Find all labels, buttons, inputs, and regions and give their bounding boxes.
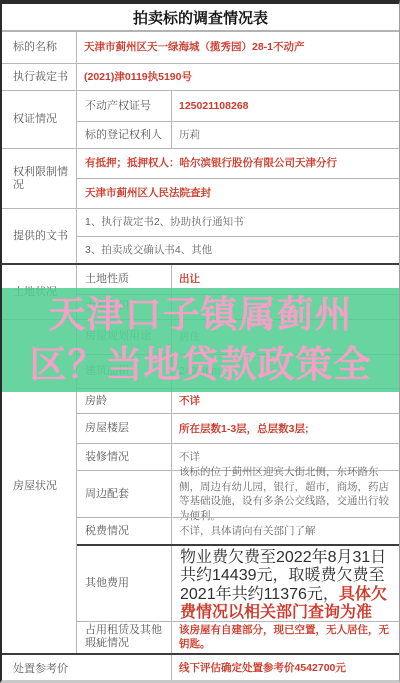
table-row: 土地面积 <box>77 294 399 319</box>
section-land: 土地状况 土地性质 出让 土地面积 <box>2 263 399 319</box>
field-value: (2021)津0119执5190号 <box>77 64 399 90</box>
field-value: 天津市蓟州区天一绿海城（揽秀园）28-1不动产 <box>77 32 399 63</box>
field-label: 处置参考价 <box>2 655 172 681</box>
table-row: 有抵押；抵押权人：哈尔滨银行股份有限公司天津分行 <box>77 149 399 178</box>
section-label: 土地状况 <box>2 265 77 319</box>
field-value: 有抵押；抵押权人：哈尔滨银行股份有限公司天津分行 <box>77 149 399 178</box>
table-title: 拍卖标的调查情况表 <box>2 4 399 32</box>
field-label: 占用租赁及其他瑕疵情况 <box>77 622 172 653</box>
section-label: 提供的文书 <box>2 209 77 263</box>
field-label: 税费情况 <box>77 518 172 544</box>
field-label: 不动产权证号 <box>77 91 172 121</box>
field-label: 房龄 <box>77 389 172 414</box>
field-label: 执行裁定书 <box>2 64 77 90</box>
field-value: 线下评估确定处置参考价4542700元 <box>172 655 399 681</box>
field-value <box>172 295 399 319</box>
field-value: 240.66㎡ <box>172 355 399 388</box>
field-value: 125021108268 <box>172 91 399 121</box>
table-row: 税费情况 不详，具体请向有关部门了解 <box>77 517 399 544</box>
field-label: 标的名称 <box>2 32 77 63</box>
table-row: 土地性质 出让 <box>77 265 399 294</box>
field-value: 出让 <box>172 265 399 294</box>
table-row: 1、执行裁定书2、协助执行通知书 <box>77 209 399 236</box>
field-value: 1、执行裁定书2、协助执行通知书 <box>77 209 399 236</box>
section-certificates: 权证情况 不动产权证号 125021108268 标的登记权利人 历莉 <box>2 90 399 148</box>
table-row: 标的登记权利人 历莉 <box>77 121 399 148</box>
table-row: 房屋楼层 所在层数1-3层，总层数3层; <box>77 413 399 443</box>
field-label: 周边配套 <box>77 471 172 517</box>
row-ruling: 执行裁定书 (2021)津0119执5190号 <box>2 63 399 90</box>
table-row: 建筑面积 240.66㎡ <box>77 354 399 388</box>
field-value: 不详 <box>172 389 399 414</box>
field-label: 房屋楼层 <box>77 414 172 443</box>
field-value: 不详，具体请向有关部门了解 <box>172 518 399 544</box>
section-label: 权利限制情况 <box>2 149 77 208</box>
auction-investigation-table: 拍卖标的调查情况表 标的名称 天津市蓟州区天一绿海城（揽秀园）28-1不动产 执… <box>0 0 400 683</box>
field-label: 装修情况 <box>77 444 172 470</box>
table-row: 3、拍卖成交确认书4、其他 <box>77 236 399 264</box>
table-row: 不动产权证号 125021108268 <box>77 91 399 121</box>
table-row: 房龄 不详 <box>77 388 399 414</box>
field-value: 该房屋有自建部分，现已空置，无人居住，无钥匙。 <box>172 622 399 653</box>
field-value: 天津市蓟州区人民法院查封 <box>77 179 399 208</box>
field-value: 历莉 <box>172 122 399 148</box>
field-value: 3、拍卖成交确认书4、其他 <box>77 237 399 264</box>
table-row: 天津市蓟州区人民法院查封 <box>77 178 399 208</box>
field-label: 房屋规划用途 <box>77 320 172 354</box>
field-value: 所在层数1-3层，总层数3层; <box>172 414 399 443</box>
field-label: 建筑面积 <box>77 355 172 388</box>
field-value: 居住 <box>172 320 399 354</box>
table-row: 房屋规划用途 居住 <box>77 320 399 354</box>
section-restrictions: 权利限制情况 有抵押；抵押权人：哈尔滨银行股份有限公司天津分行 天津市蓟州区人民… <box>2 148 399 208</box>
section-house: 房屋状况 房屋规划用途 居住 建筑面积 240.66㎡ 房龄 不详 房屋楼层 所… <box>2 319 399 653</box>
row-target-name: 标的名称 天津市蓟州区天一绿海城（揽秀园）28-1不动产 <box>2 32 399 63</box>
field-label: 标的登记权利人 <box>77 122 172 148</box>
table-row: 占用租赁及其他瑕疵情况 该房屋有自建部分，现已空置，无人居住，无钥匙。 <box>77 621 399 653</box>
field-label: 土地性质 <box>77 265 172 294</box>
section-label: 权证情况 <box>2 91 77 148</box>
row-reference-price: 处置参考价 线下评估确定处置参考价4542700元 <box>2 653 399 681</box>
field-value: 物业费欠费至2022年8月31日共约14439元，取暖费欠费至2021年共约11… <box>172 546 399 621</box>
field-label: 其他费用 <box>77 546 172 621</box>
table-row: 周边配套 该标的位于蓟州区迎宾大街北侧，东环路东侧，周边有幼儿园，银行，超市，商… <box>77 470 399 517</box>
section-documents: 提供的文书 1、执行裁定书2、协助执行通知书 3、拍卖成交确认书4、其他 <box>2 208 399 263</box>
row-other-fees: 其他费用 物业费欠费至2022年8月31日共约14439元，取暖费欠费至2021… <box>77 544 399 621</box>
section-label: 房屋状况 <box>2 320 77 653</box>
field-value: 该标的位于蓟州区迎宾大街北侧，东环路东侧，周边有幼儿园，银行，超市，商场，药店等… <box>172 471 399 517</box>
field-label: 土地面积 <box>77 295 172 319</box>
